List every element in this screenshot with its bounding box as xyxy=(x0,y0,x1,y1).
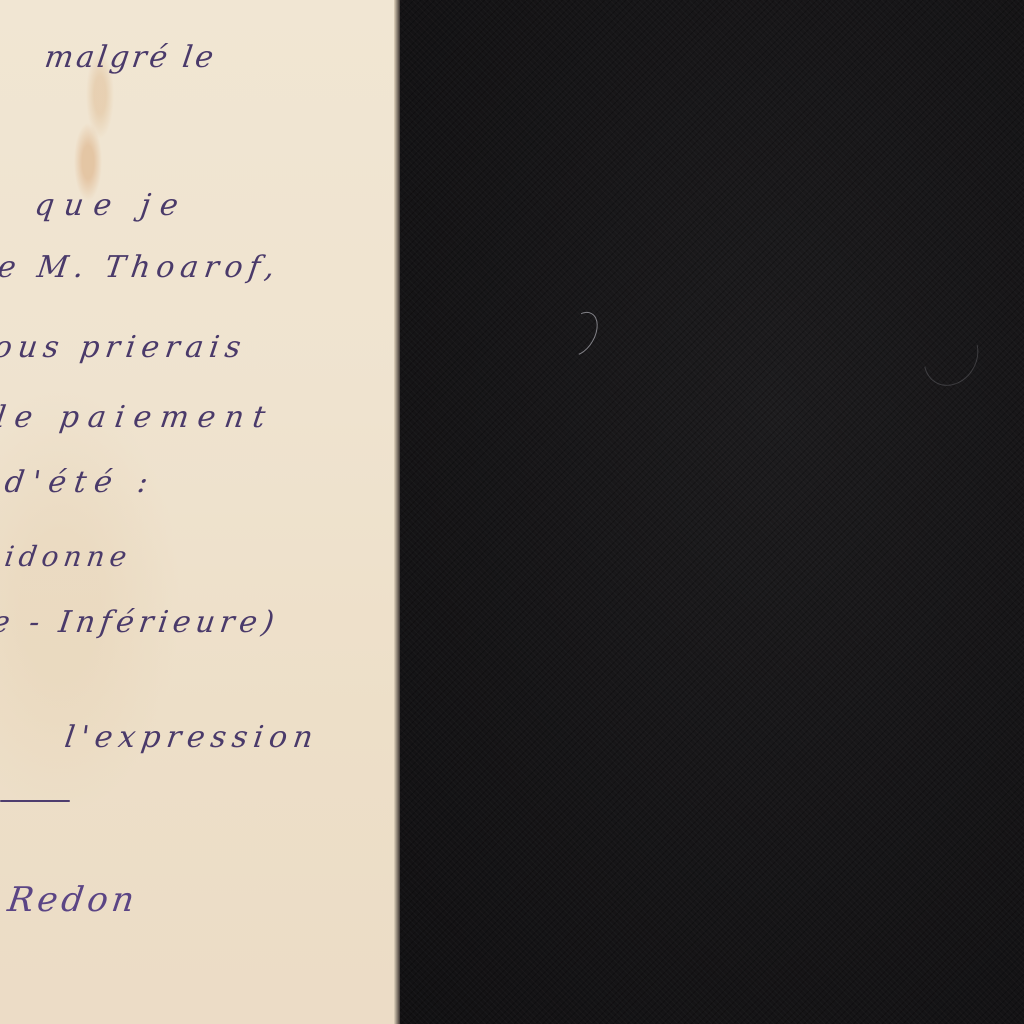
lint-fiber xyxy=(913,316,989,396)
handwritten-line-7: idonne xyxy=(3,540,134,573)
lint-fiber xyxy=(555,306,605,363)
handwritten-line-9: l'expression xyxy=(63,720,322,755)
handwritten-line-1: malgré le xyxy=(43,40,219,75)
handwritten-line-4: ous prierais xyxy=(0,330,249,365)
handwritten-underline xyxy=(0,800,70,802)
handwritten-line-5: le paiement xyxy=(0,400,276,435)
letter-paper: malgré le que je e M. Thoarof, ous prier… xyxy=(0,0,398,1024)
photo-stage: malgré le que je e M. Thoarof, ous prier… xyxy=(0,0,1024,1024)
handwritten-line-6: d'été : xyxy=(3,465,159,500)
dark-fabric-background xyxy=(400,0,1024,1024)
handwritten-line-8: e - Inférieure) xyxy=(0,605,281,640)
handwritten-line-2: que je xyxy=(33,188,191,223)
signature: Redon xyxy=(5,880,140,920)
handwritten-line-3: e M. Thoarof, xyxy=(0,250,283,285)
